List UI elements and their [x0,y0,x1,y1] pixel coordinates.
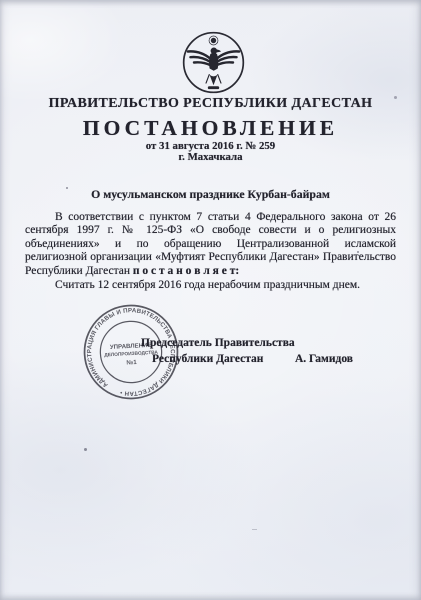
paper-speck [84,448,87,451]
paper-speck [66,187,68,189]
signature-name: А. Гамидов [295,352,353,367]
signature-role-line2-row: Республики Дагестан А. Гамидов [141,352,353,367]
org-name: ПРАВИТЕЛЬСТВО РЕСПУБЛИКИ ДАГЕСТАН [0,96,421,112]
subject-title: О мусульманском празднике Курбан-байрам [0,187,421,202]
document-city: г. Махачкала [0,151,421,163]
signature-role-line1: Председатель Правительства [141,336,353,351]
document-body: В соответствии с пунктом 7 статьи 4 Феде… [25,211,396,292]
paper-speck [394,96,397,99]
dagestan-coat-of-arms-icon [178,27,249,98]
paper-speck [357,251,359,253]
stamp-center-line3: №1 [126,359,137,367]
document-type-heading: ПОСТАНОВЛЕНИЕ [0,116,421,141]
scanned-document-page: ПРАВИТЕЛЬСТВО РЕСПУБЛИКИ ДАГЕСТАН ПОСТАН… [0,0,421,600]
signature-block: Председатель Правительства Республики Да… [141,336,353,367]
body-paragraph-1: В соответствии с пунктом 7 статьи 4 Феде… [25,211,396,278]
paper-speck [252,529,257,530]
body-paragraph-2: Считать 12 сентября 2016 года нерабочим … [25,279,396,292]
signature-role-line2: Республики Дагестан [152,352,263,367]
body-paragraph-1-emphasis: п о с т а н о в л я е т: [133,265,239,277]
